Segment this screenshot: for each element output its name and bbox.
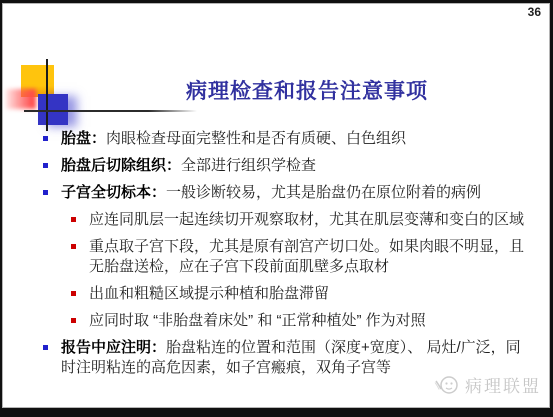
bullet-text-wrap: 子宫全切标本：一般诊断较易，尤其是胎盘仍在原位附着的病例 xyxy=(61,183,481,203)
bullet-text-wrap: 重点取子宫下段，尤其是原有剖宫产切口处。如果肉眼不明显，且无胎盘送检，应在子宫下… xyxy=(89,237,531,277)
square-bullet-icon xyxy=(71,291,76,296)
slide-logo-decoration xyxy=(3,4,203,144)
bullet-text: 应连同肌层一起连续切开观察取材，尤其在肌层变薄和变白的区域 xyxy=(89,211,524,228)
watermark: 病理联盟 xyxy=(434,372,541,397)
bullet-item: 应连同肌层一起连续切开观察取材，尤其在肌层变薄和变白的区域 xyxy=(3,210,549,230)
square-bullet-icon xyxy=(43,190,48,195)
bullet-list: 胎盘：肉眼检查母面完整性和是否有质硬、白色组织 胎盘后切除组织：全部进行组织学检… xyxy=(3,129,549,385)
bullet-item: 重点取子宫下段，尤其是原有剖宫产切口处。如果肉眼不明显，且无胎盘送检，应在子宫下… xyxy=(3,237,549,277)
slide: 36 病理检查和报告注意事项 胎盘：肉眼检查母面完整性和是否有质硬、白色组织 胎… xyxy=(2,3,550,408)
title-divider-line xyxy=(24,110,197,112)
square-bullet-icon xyxy=(71,244,76,249)
bullet-text-wrap: 胎盘后切除组织：全部进行组织学检查 xyxy=(61,156,316,176)
vertical-accent-line xyxy=(46,59,48,131)
watermark-label: 病理联盟 xyxy=(465,372,541,397)
red-glow-square-shape xyxy=(6,89,36,109)
bullet-text-wrap: 出血和粗糙区域提示种植和胎盘滞留 xyxy=(89,284,329,304)
bullet-item: 出血和粗糙区域提示种植和胎盘滞留 xyxy=(3,284,549,304)
bullet-text: 全部进行组织学检查 xyxy=(181,157,316,174)
bullet-item: 胎盘后切除组织：全部进行组织学检查 xyxy=(3,156,549,176)
bullet-lead: 胎盘后切除组织： xyxy=(61,157,181,174)
bullet-text: 出血和粗糙区域提示种植和胎盘滞留 xyxy=(89,285,329,302)
square-bullet-icon xyxy=(71,217,76,222)
bullet-text-wrap: 应同时取 “非胎盘着床处” 和 “正常种植处” 作为对照 xyxy=(89,311,426,331)
bullet-item: 胎盘：肉眼检查母面完整性和是否有质硬、白色组织 xyxy=(3,129,549,149)
square-bullet-icon xyxy=(43,163,48,168)
square-bullet-icon xyxy=(71,318,76,323)
page-number: 36 xyxy=(528,5,541,19)
slide-frame: 36 病理检查和报告注意事项 胎盘：肉眼检查母面完整性和是否有质硬、白色组织 胎… xyxy=(0,0,553,417)
bullet-text: 一般诊断较易，尤其是胎盘仍在原位附着的病例 xyxy=(166,184,481,201)
bullet-item: 应同时取 “非胎盘着床处” 和 “正常种植处” 作为对照 xyxy=(3,311,549,331)
square-bullet-icon xyxy=(43,136,48,141)
bullet-text-wrap: 胎盘：肉眼检查母面完整性和是否有质硬、白色组织 xyxy=(61,129,406,149)
bullet-lead: 报告中应注明： xyxy=(61,339,166,356)
watermark-logo-icon xyxy=(434,373,460,397)
bullet-text: 肉眼检查母面完整性和是否有质硬、白色组织 xyxy=(106,130,406,147)
bullet-text-wrap: 应连同肌层一起连续切开观察取材，尤其在肌层变薄和变白的区域 xyxy=(89,210,524,230)
bullet-lead: 胎盘： xyxy=(61,130,106,147)
bullet-lead: 子宫全切标本： xyxy=(61,184,166,201)
slide-title: 病理检查和报告注意事项 xyxy=(73,75,541,105)
bullet-item: 子宫全切标本：一般诊断较易，尤其是胎盘仍在原位附着的病例 xyxy=(3,183,549,203)
bullet-text: 应同时取 “非胎盘着床处” 和 “正常种植处” 作为对照 xyxy=(89,312,426,329)
bullet-text: 重点取子宫下段，尤其是原有剖宫产切口处。如果肉眼不明显，且无胎盘送检，应在子宫下… xyxy=(89,238,524,275)
square-bullet-icon xyxy=(43,345,48,350)
